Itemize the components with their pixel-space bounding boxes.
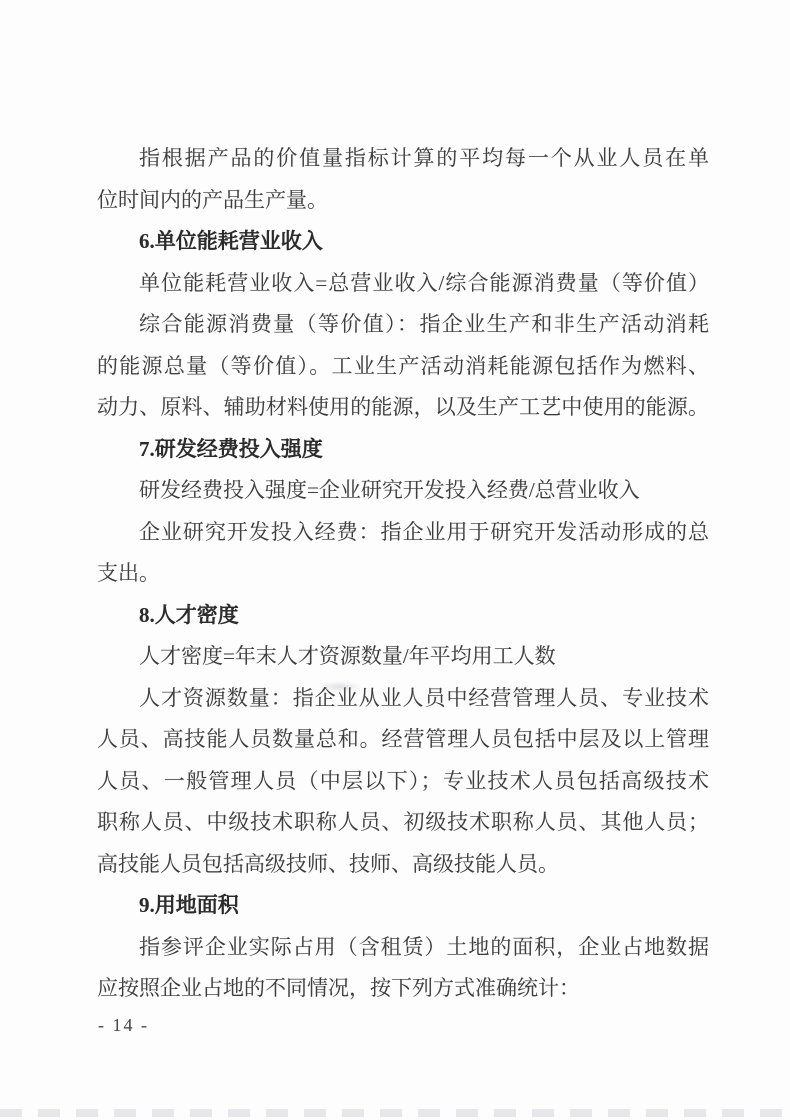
paragraph-line: 人才资源数量：指企业从业人员中经营管理人员、专业技术 <box>97 678 709 720</box>
paragraph-line: 人员、一般管理人员（中层以下）；专业技术人员包括高级技术 <box>97 761 709 803</box>
paragraph-line: 位时间内的产品生产量。 <box>97 180 709 222</box>
paragraph-line: 的能源总量（等价值）。工业生产活动消耗能源包括作为燃料、 <box>97 346 709 388</box>
section-heading-6: 6.单位能耗营业收入 <box>97 221 709 263</box>
document-body: 指根据产品的价值量指标计算的平均每一个从业人员在单 位时间内的产品生产量。 6.… <box>97 138 709 1010</box>
paragraph-line: 支出。 <box>97 553 709 595</box>
page-number: - 14 - <box>98 1010 149 1040</box>
paragraph-line: 高技能人员包括高级技师、技师、高级技能人员。 <box>97 844 709 886</box>
formula-line: 研发经费投入强度=企业研究开发投入经费/总营业收入 <box>97 470 709 512</box>
section-heading-7: 7.研发经费投入强度 <box>97 429 709 471</box>
paragraph-line: 人员、高技能人员数量总和。经营管理人员包括中层及以上管理 <box>97 719 709 761</box>
formula-line: 单位能耗营业收入=总营业收入/综合能源消费量（等价值） <box>97 263 709 305</box>
paragraph-line: 企业研究开发投入经费：指企业用于研究开发活动形成的总 <box>97 512 709 554</box>
document-page: 指根据产品的价值量指标计算的平均每一个从业人员在单 位时间内的产品生产量。 6.… <box>0 0 790 1120</box>
paragraph-line: 职称人员、中级技术职称人员、初级技术职称人员、其他人员； <box>97 802 709 844</box>
paragraph-line: 综合能源消费量（等价值）：指企业生产和非生产活动消耗 <box>97 304 709 346</box>
paragraph-line: 指参评企业实际占用（含租赁）土地的面积，企业占地数据 <box>97 927 709 969</box>
section-heading-9: 9.用地面积 <box>97 885 709 927</box>
paragraph-line: 应按照企业占地的不同情况，按下列方式准确统计： <box>97 968 709 1010</box>
section-heading-8: 8.人才密度 <box>97 595 709 637</box>
paragraph-line: 指根据产品的价值量指标计算的平均每一个从业人员在单 <box>97 138 709 180</box>
paragraph-line: 动力、原料、辅助材料使用的能源，以及生产工艺中使用的能源。 <box>97 387 709 429</box>
scan-edge-artifact <box>0 1109 790 1117</box>
formula-line: 人才密度=年末人才资源数量/年平均用工人数 <box>97 636 709 678</box>
